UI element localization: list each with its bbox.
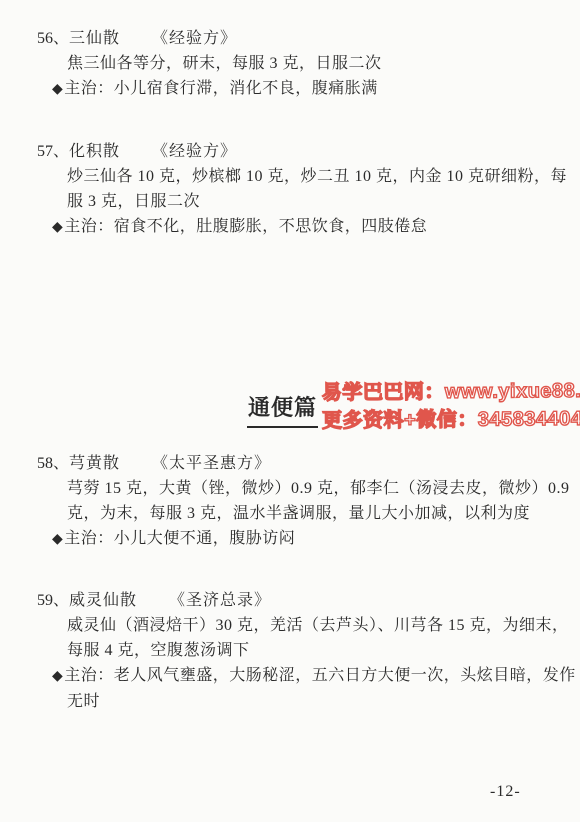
formula-number: 57、: [37, 139, 69, 164]
diamond-bullet-icon: ◆: [52, 532, 63, 547]
formula-number: 59、: [37, 588, 69, 613]
indication-continuation: 无时: [0, 689, 580, 714]
formula-title: 化积散: [69, 143, 120, 160]
indication-text: 主治：小儿宿食行滞，消化不良，腹痛胀满: [64, 80, 378, 97]
watermark: 易学巴巴网：www.yixue88.cn 更多资料+微信：3458344044: [322, 377, 580, 435]
formula-ingredients-line: 芎䓖 15 克，大黄（锉，微炒）0.9 克，郁李仁（汤浸去皮，微炒）0.9: [0, 476, 580, 501]
formula-ingredients-line: 服 3 克，日服二次: [0, 189, 580, 214]
formula-section-59: 59、威灵仙散《圣济总录》 威灵仙（酒浸焙干）30 克，羌活（去芦头）、川芎各 …: [0, 588, 580, 714]
formula-indication-line: ◆主治：宿食不化，肚腹膨胀，不思饮食，四肢倦怠: [0, 214, 580, 240]
watermark-site-line: 易学巴巴网：www.yixue88.cn: [322, 377, 580, 407]
formula-ingredients-line: 每服 4 克，空腹葱汤调下: [0, 638, 580, 663]
formula-indication-line: ◆主治：小儿宿食行滞，消化不良，腹痛胀满: [0, 76, 580, 102]
formula-header: 57、化积散《经验方》: [0, 139, 580, 164]
formula-title: 芎黄散: [69, 455, 120, 472]
formula-header: 56、三仙散《经验方》: [0, 26, 580, 51]
formula-ingredients-line: 焦三仙各等分，研末，每服 3 克，日服二次: [0, 51, 580, 76]
formula-header: 59、威灵仙散《圣济总录》: [0, 588, 580, 613]
diamond-bullet-icon: ◆: [52, 220, 63, 235]
formula-title: 威灵仙散: [69, 592, 137, 609]
formula-number: 58、: [37, 451, 69, 476]
formula-indication-line: ◆主治：小儿大便不通，腹胁访闷: [0, 526, 580, 552]
formula-ingredients-line: 克，为末，每服 3 克，温水半盏调服，量儿大小加减，以利为度: [0, 501, 580, 526]
indication-text: 主治：小儿大便不通，腹胁访闷: [64, 530, 295, 547]
formula-header: 58、芎黄散《太平圣惠方》: [0, 451, 580, 476]
formula-section-57: 57、化积散《经验方》 炒三仙各 10 克，炒槟榔 10 克，炒二丑 10 克，…: [0, 139, 580, 240]
chapter-heading: 通便篇: [247, 391, 318, 428]
formula-source: 《经验方》: [152, 143, 237, 160]
formula-source: 《太平圣惠方》: [152, 455, 271, 472]
diamond-bullet-icon: ◆: [52, 82, 63, 97]
formula-ingredients-line: 威灵仙（酒浸焙干）30 克，羌活（去芦头）、川芎各 15 克，为细末，: [0, 613, 580, 638]
indication-text: 主治：宿食不化，肚腹膨胀，不思饮食，四肢倦怠: [64, 218, 427, 235]
formula-indication-line: ◆主治：老人风气壅盛，大肠秘涩，五六日方大便一次，头炫目暗，发作: [0, 663, 580, 689]
formula-section-58: 58、芎黄散《太平圣惠方》 芎䓖 15 克，大黄（锉，微炒）0.9 克，郁李仁（…: [0, 451, 580, 552]
watermark-contact-line: 更多资料+微信：3458344044: [322, 405, 580, 435]
page-number: -12-: [490, 783, 521, 801]
diamond-bullet-icon: ◆: [52, 669, 63, 684]
formula-section-56: 56、三仙散《经验方》 焦三仙各等分，研末，每服 3 克，日服二次 ◆主治：小儿…: [0, 26, 580, 102]
formula-source: 《圣济总录》: [169, 592, 271, 609]
formula-title: 三仙散: [69, 30, 120, 47]
scanned-book-page: 56、三仙散《经验方》 焦三仙各等分，研末，每服 3 克，日服二次 ◆主治：小儿…: [0, 0, 580, 822]
indication-text: 主治：老人风气壅盛，大肠秘涩，五六日方大便一次，头炫目暗，发作: [64, 667, 576, 684]
formula-number: 56、: [37, 26, 69, 51]
formula-source: 《经验方》: [152, 30, 237, 47]
formula-ingredients-line: 炒三仙各 10 克，炒槟榔 10 克，炒二丑 10 克，内金 10 克研细粉，每: [0, 164, 580, 189]
